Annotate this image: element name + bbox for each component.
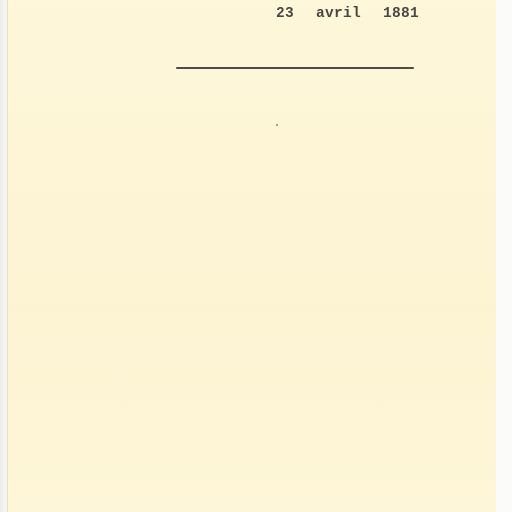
signature-line — [176, 67, 414, 69]
scanned-page: 23 avril 1881 — [0, 0, 512, 512]
paper-sheet — [8, 0, 496, 512]
document-date: 23 avril 1881 — [276, 6, 419, 22]
scan-margin — [496, 0, 512, 512]
paper-speck — [276, 124, 278, 126]
